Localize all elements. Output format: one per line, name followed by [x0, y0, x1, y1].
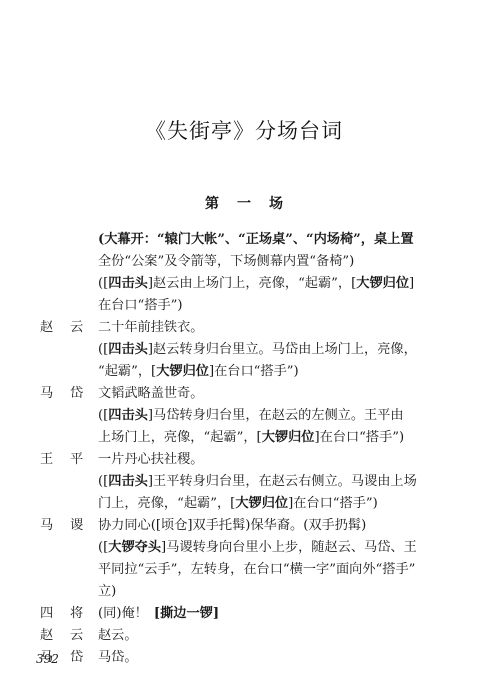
speech-text: 文韬武略盖世奇。 — [98, 386, 204, 402]
speech-text: 协力同心([顷仓]双手托髯)保华裔。(双手扔髯) — [98, 518, 366, 534]
stage-direction-line: 全份“公案”及令箭等，下场侧幕内置“备椅”) — [98, 254, 354, 270]
speaker-name: 赵云 — [40, 320, 83, 336]
stage-direction-line: ([四击头]马岱转身归台里，在赵云的左侧立。王平由 — [98, 408, 404, 424]
stage-direction-line: 平同拉“云手”，左转身，在台口“横一字”面向外“搭手” — [98, 562, 415, 578]
stage-direction-line: “起霸”，[大锣归位]在台口“搭手”) — [98, 364, 299, 380]
speech-text: 二十年前挂铁衣。 — [98, 320, 204, 336]
speaker-name: 马岱 — [40, 386, 83, 402]
stage-direction-line: ([四击头]赵云由上场门上，亮像，“起霸”，[大锣归位] — [98, 276, 414, 292]
stage-direction-line: ([大锣夺头]马谡转身向台里小上步，随赵云、马岱、王 — [98, 540, 417, 556]
speaker-name: 王平 — [40, 452, 83, 468]
page-number: 392 — [36, 652, 59, 666]
speaker-name: 赵云 — [40, 628, 83, 644]
stage-direction-line: ([四击头]赵云转身归台里立。马岱由上场门上，亮像， — [98, 342, 417, 358]
speech-text: 一片丹心扶社稷。 — [98, 452, 204, 468]
scene-heading: 第一场 — [0, 193, 488, 213]
stage-direction-line: ([四击头]王平转身归台里，在赵云右侧立。马谡由上场 — [98, 474, 417, 490]
speaker-name: 四将 — [40, 606, 83, 622]
stage-direction-line: 门上，亮像，“起霸”，[大锣归位]在台口“搭手”) — [98, 496, 378, 512]
page-title: 《失街亭》分场台词 — [0, 115, 488, 145]
stage-direction-line: 立) — [98, 584, 116, 600]
speaker-name: 马谡 — [40, 518, 83, 534]
speech-text: 赵云。 — [98, 628, 138, 644]
speech-text: (同)俺！[撕边一锣] — [98, 606, 219, 622]
speech-text: 马岱。 — [98, 650, 138, 666]
stage-direction-line: 在台口“搭手”) — [98, 298, 183, 314]
stage-direction-line: 上场门上，亮像，“起霸”，[大锣归位]在台口“搭手”) — [98, 430, 404, 446]
stage-direction-line: (大幕开：“辕门大帐”、“正场桌”、“内场椅”，桌上置 — [98, 232, 414, 248]
